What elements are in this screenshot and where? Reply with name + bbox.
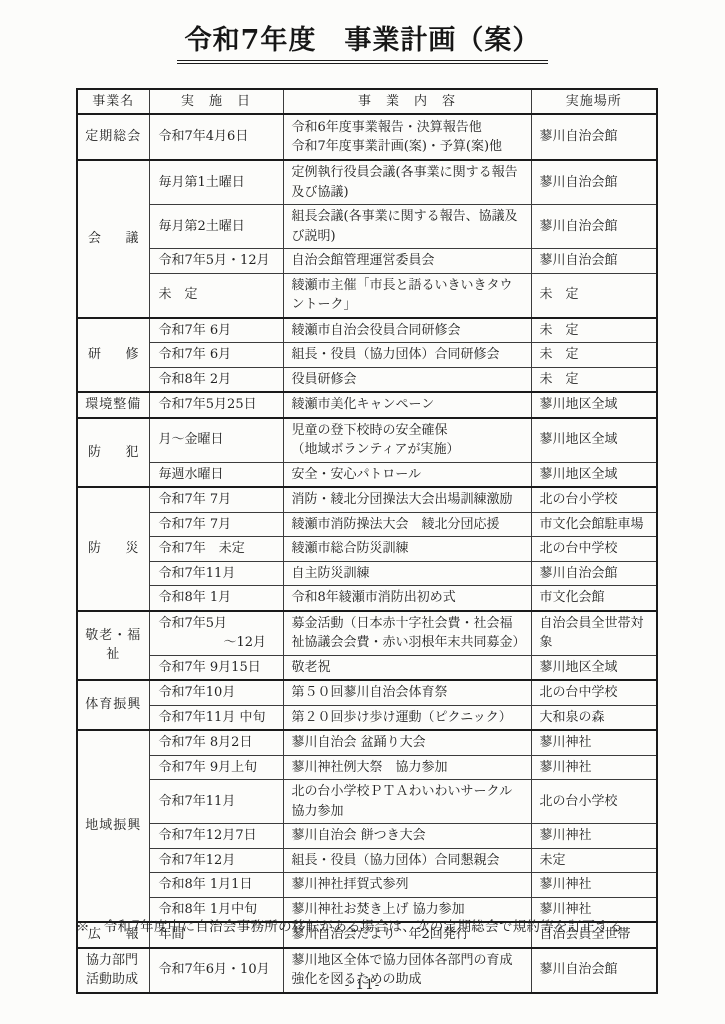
table-row: 令和7年 7月 綾瀬市消防操法大会 綾北分団応援 市文化会館駐車場 — [77, 512, 657, 537]
content-cell: 蓼川自治会 餅つき大会 — [283, 824, 531, 849]
date-cell: 令和7年 9月15日 — [149, 655, 283, 680]
table-row: 令和7年 9月15日 敬老祝 蓼川地区全域 — [77, 655, 657, 680]
content-cell: 蓼川神社例大祭 協力参加 — [283, 755, 531, 780]
table-row: 定期総会 令和7年4月6日 令和6年度事業報告・決算報告他 令和7年度事業計画(… — [77, 114, 657, 160]
table-row: 防 犯 月～金曜日 児童の登下校時の安全確保 （地域ボランティアが実施） 蓼川地… — [77, 418, 657, 463]
content-cell: 募金活動（日本赤十字社会費・社会福祉協議会会費・赤い羽根年末共同募金） — [283, 611, 531, 656]
table-row: 未 定 綾瀬市主催「市長と語るいきいきタウントーク」 未 定 — [77, 273, 657, 318]
date-cell: 令和7年11月 中旬 — [149, 705, 283, 730]
business-name-cell: 体育振興 — [77, 680, 149, 730]
content-cell: 組長会議(各事業に関する報告、協議及び説明) — [283, 205, 531, 249]
place-cell: 北の台小学校 — [531, 780, 657, 824]
business-name-cell: 地域振興 — [77, 730, 149, 922]
place-cell: 大和泉の森 — [531, 705, 657, 730]
table-row: 令和7年 9月上旬 蓼川神社例大祭 協力参加 蓼川神社 — [77, 755, 657, 780]
date-cell: 毎月第1土曜日 — [149, 160, 283, 205]
date-cell: 未 定 — [149, 273, 283, 318]
business-name-cell: 研 修 — [77, 318, 149, 393]
date-cell: 令和7年4月6日 — [149, 114, 283, 160]
business-name-cell: 防 災 — [77, 487, 149, 611]
table-header-row: 事業名 実 施 日 事 業 内 容 実施場所 — [77, 89, 657, 114]
table-row: 令和7年 6月 組長・役員（協力団体）合同研修会 未 定 — [77, 343, 657, 368]
header-content: 事 業 内 容 — [283, 89, 531, 114]
business-name-cell: 会 議 — [77, 160, 149, 318]
place-cell: 未 定 — [531, 367, 657, 392]
place-cell: 北の台中学校 — [531, 680, 657, 705]
date-cell: 毎週水曜日 — [149, 462, 283, 487]
table-row: 研 修 令和7年 6月 綾瀬市自治会役員合同研修会 未 定 — [77, 318, 657, 343]
content-cell: 令和8年綾瀬市消防出初め式 — [283, 586, 531, 611]
business-name-cell: 敬老・福祉 — [77, 611, 149, 681]
content-cell: 綾瀬市美化キャンペーン — [283, 392, 531, 418]
content-cell: 組長・役員（協力団体）合同懇親会 — [283, 848, 531, 873]
place-cell: 未 定 — [531, 273, 657, 318]
business-name-cell: 定期総会 — [77, 114, 149, 160]
title-row: 令和7年度 事業計画（案） — [0, 18, 725, 64]
place-cell: 未定 — [531, 848, 657, 873]
content-cell: 綾瀬市自治会役員合同研修会 — [283, 318, 531, 343]
table-row: 毎月第2土曜日 組長会議(各事業に関する報告、協議及び説明) 蓼川自治会館 — [77, 205, 657, 249]
date-cell: 令和7年11月 — [149, 561, 283, 586]
place-cell: 北の台小学校 — [531, 487, 657, 512]
place-cell: 市文化会館駐車場 — [531, 512, 657, 537]
place-cell: 蓼川自治会館 — [531, 114, 657, 160]
table-row: 地域振興 令和7年 8月2日 蓼川自治会 盆踊り大会 蓼川神社 — [77, 730, 657, 755]
date-cell: 令和7年11月 — [149, 780, 283, 824]
date-cell: 令和7年 9月上旬 — [149, 755, 283, 780]
place-cell: 蓼川神社 — [531, 730, 657, 755]
header-date: 実 施 日 — [149, 89, 283, 114]
place-cell: 自治会員全世帯対象 — [531, 611, 657, 656]
content-cell: 第２０回歩け歩け運動（ピクニック） — [283, 705, 531, 730]
date-cell: 令和7年 6月 — [149, 318, 283, 343]
place-cell: 蓼川自治会館 — [531, 561, 657, 586]
table-row: 令和7年11月 北の台小学校ＰＴＡわいわいサークル協力参加 北の台小学校 — [77, 780, 657, 824]
table-row: 体育振興 令和7年10月 第５０回蓼川自治会体育祭 北の台中学校 — [77, 680, 657, 705]
table-row: 令和8年 1月1日 蓼川神社拝賀式参列 蓼川神社 — [77, 873, 657, 898]
table-row: 毎週水曜日 安全・安心パトロール 蓼川地区全域 — [77, 462, 657, 487]
place-cell: 蓼川神社 — [531, 824, 657, 849]
place-cell: 蓼川神社 — [531, 755, 657, 780]
date-cell: 月～金曜日 — [149, 418, 283, 463]
date-cell: 令和8年 1月1日 — [149, 873, 283, 898]
page-title: 令和7年度 事業計画（案） — [177, 18, 549, 64]
date-cell: 令和7年5月25日 — [149, 392, 283, 418]
table-row: 令和7年11月 中旬 第２０回歩け歩け運動（ピクニック） 大和泉の森 — [77, 705, 657, 730]
table-row: 令和7年12月7日 蓼川自治会 餅つき大会 蓼川神社 — [77, 824, 657, 849]
date-cell: 令和7年 8月2日 — [149, 730, 283, 755]
content-cell: 消防・綾北分団操法大会出場訓練激励 — [283, 487, 531, 512]
place-cell: 未 定 — [531, 318, 657, 343]
date-cell: 令和8年 1月 — [149, 586, 283, 611]
place-cell: 蓼川自治会館 — [531, 249, 657, 274]
table-row: 令和7年 未定 綾瀬市総合防災訓練 北の台中学校 — [77, 537, 657, 562]
business-plan-table: 事業名 実 施 日 事 業 内 容 実施場所 定期総会 令和7年4月6日 令和6… — [76, 88, 658, 994]
place-cell: 蓼川地区全域 — [531, 392, 657, 418]
table-row: 令和7年5月・12月 自治会館管理運営委員会 蓼川自治会館 — [77, 249, 657, 274]
table-row: 令和8年 1月 令和8年綾瀬市消防出初め式 市文化会館 — [77, 586, 657, 611]
content-cell: 役員研修会 — [283, 367, 531, 392]
content-cell: 綾瀬市消防操法大会 綾北分団応援 — [283, 512, 531, 537]
business-name-cell: 環境整備 — [77, 392, 149, 418]
content-cell: 自主防災訓練 — [283, 561, 531, 586]
table-row: 令和8年 2月 役員研修会 未 定 — [77, 367, 657, 392]
content-cell: 組長・役員（協力団体）合同研修会 — [283, 343, 531, 368]
content-cell: 敬老祝 — [283, 655, 531, 680]
table-row: 令和7年11月 自主防災訓練 蓼川自治会館 — [77, 561, 657, 586]
content-cell: 蓼川自治会 盆踊り大会 — [283, 730, 531, 755]
table-row: 環境整備 令和7年5月25日 綾瀬市美化キャンペーン 蓼川地区全域 — [77, 392, 657, 418]
place-cell: 蓼川地区全域 — [531, 418, 657, 463]
place-cell: 蓼川地区全域 — [531, 462, 657, 487]
table-row: 防 災 令和7年 7月 消防・綾北分団操法大会出場訓練激励 北の台小学校 — [77, 487, 657, 512]
header-business-name: 事業名 — [77, 89, 149, 114]
date-cell: 令和7年5月・12月 — [149, 249, 283, 274]
content-cell: 綾瀬市主催「市長と語るいきいきタウントーク」 — [283, 273, 531, 318]
table-row: 令和7年12月 組長・役員（協力団体）合同懇親会 未定 — [77, 848, 657, 873]
date-cell: 令和7年 7月 — [149, 487, 283, 512]
page-number: - 11- — [0, 977, 725, 993]
content-cell: 令和6年度事業報告・決算報告他 令和7年度事業計画(案)・予算(案)他 — [283, 114, 531, 160]
place-cell: 蓼川自治会館 — [531, 205, 657, 249]
place-cell: 蓼川神社 — [531, 873, 657, 898]
business-name-cell: 防 犯 — [77, 418, 149, 488]
date-cell: 令和7年 未定 — [149, 537, 283, 562]
content-cell: 第５０回蓼川自治会体育祭 — [283, 680, 531, 705]
date-cell: 令和7年12月7日 — [149, 824, 283, 849]
date-cell: 令和7年12月 — [149, 848, 283, 873]
content-cell: 児童の登下校時の安全確保 （地域ボランティアが実施） — [283, 418, 531, 463]
table-row: 敬老・福祉 令和7年5月 ～12月 募金活動（日本赤十字社会費・社会福祉協議会会… — [77, 611, 657, 656]
date-cell: 令和7年5月 ～12月 — [149, 611, 283, 656]
date-cell: 令和7年 6月 — [149, 343, 283, 368]
content-cell: 安全・安心パトロール — [283, 462, 531, 487]
place-cell: 蓼川自治会館 — [531, 160, 657, 205]
date-cell: 令和8年 2月 — [149, 367, 283, 392]
date-cell: 令和7年 7月 — [149, 512, 283, 537]
table-row: 会 議 毎月第1土曜日 定例執行役員会議(各事業に関する報告及び協議) 蓼川自治… — [77, 160, 657, 205]
content-cell: 自治会館管理運営委員会 — [283, 249, 531, 274]
content-cell: 定例執行役員会議(各事業に関する報告及び協議) — [283, 160, 531, 205]
place-cell: 市文化会館 — [531, 586, 657, 611]
content-cell: 綾瀬市総合防災訓練 — [283, 537, 531, 562]
footnote: ※ 令和7年度中に自治会事務所の移転がある場合は、次の定期総会で規約等を訂正する… — [76, 915, 676, 935]
date-cell: 令和7年10月 — [149, 680, 283, 705]
date-cell: 毎月第2土曜日 — [149, 205, 283, 249]
content-cell: 北の台小学校ＰＴＡわいわいサークル協力参加 — [283, 780, 531, 824]
place-cell: 北の台中学校 — [531, 537, 657, 562]
place-cell: 蓼川地区全域 — [531, 655, 657, 680]
scanned-document-page: 令和7年度 事業計画（案） 事業名 実 施 日 事 業 内 容 実施場所 定期総… — [0, 0, 725, 1024]
header-place: 実施場所 — [531, 89, 657, 114]
content-cell: 蓼川神社拝賀式参列 — [283, 873, 531, 898]
place-cell: 未 定 — [531, 343, 657, 368]
